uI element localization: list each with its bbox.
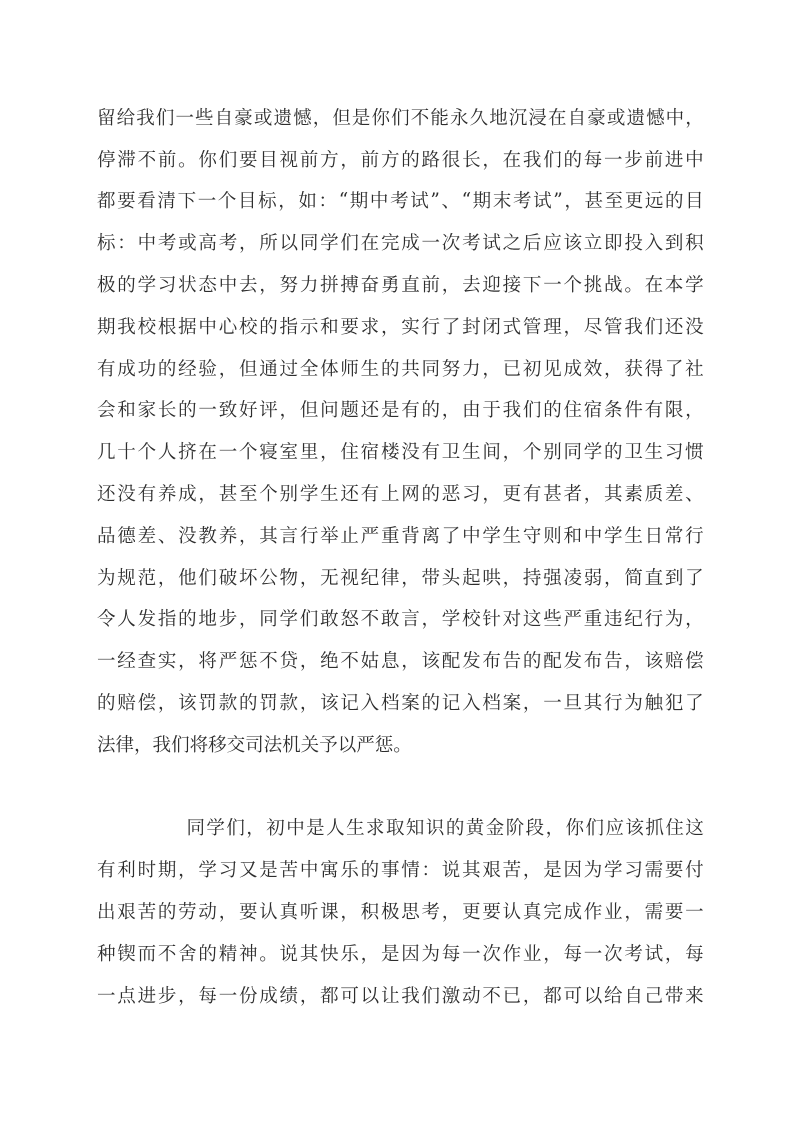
character: 拼 <box>320 271 339 297</box>
character: 视 <box>280 146 299 172</box>
text-line: 期我校根据中心校的指示和要求，实行了封闭式管理，尽管我们还没 <box>97 305 704 347</box>
character: ， <box>340 898 359 924</box>
character: 不 <box>411 104 430 130</box>
character: 没 <box>401 438 420 464</box>
character: ， <box>278 187 297 213</box>
character: 上 <box>381 480 400 506</box>
character: 或 <box>254 104 273 130</box>
character: 效 <box>584 355 603 381</box>
character: 同 <box>300 229 319 255</box>
character: 憾 <box>293 104 312 130</box>
character: 在 <box>548 104 567 130</box>
character: ， <box>563 313 582 339</box>
character: 识 <box>426 814 445 840</box>
character: 了 <box>685 564 704 590</box>
character: 中 <box>138 229 157 255</box>
text-line: 留给我们一些自豪或遗憾，但是你们不能永久地沉浸在自豪或遗憾中， <box>97 96 704 138</box>
character: 完 <box>381 229 400 255</box>
character: 能 <box>430 104 449 130</box>
character: 立 <box>584 229 603 255</box>
character: 认 <box>259 898 278 924</box>
character: 的 <box>178 396 197 422</box>
character: 些 <box>543 605 562 631</box>
character: 要 <box>482 898 501 924</box>
character: 们 <box>645 313 664 339</box>
character: 纪 <box>624 605 643 631</box>
character: 家 <box>138 396 157 422</box>
character: 律 <box>116 731 135 757</box>
character: 极 <box>97 271 116 297</box>
character: 憾 <box>646 104 665 130</box>
character: 理 <box>543 313 562 339</box>
character: 考 <box>462 229 481 255</box>
character: ， <box>482 355 501 381</box>
character: 日 <box>645 522 664 548</box>
character: 生 <box>462 438 481 464</box>
character: 们 <box>422 982 441 1008</box>
character: 一 <box>219 982 238 1008</box>
character: 该 <box>320 689 339 715</box>
character: 旦 <box>563 689 582 715</box>
character: 留 <box>97 104 116 130</box>
character: 说 <box>280 940 299 966</box>
character: 件 <box>624 396 643 422</box>
character: 有 <box>138 480 157 506</box>
character: 思 <box>401 898 420 924</box>
character: ， <box>604 355 623 381</box>
character: 说 <box>442 856 461 882</box>
character: 示 <box>300 313 319 339</box>
character: 宿 <box>584 396 603 422</box>
character: 宿 <box>361 438 380 464</box>
character: 方 <box>381 146 400 172</box>
character: 款 <box>219 689 238 715</box>
character: 后 <box>523 229 542 255</box>
character: 所 <box>259 229 278 255</box>
character: 触 <box>645 689 664 715</box>
character: 校 <box>239 313 258 339</box>
character: 带 <box>665 982 684 1008</box>
character: 言 <box>401 605 420 631</box>
character: 发 <box>563 647 582 673</box>
character: 的 <box>523 647 542 673</box>
character: 间 <box>482 438 501 464</box>
character: 其 <box>462 856 481 882</box>
character: 即 <box>604 229 623 255</box>
character: ： <box>319 187 338 213</box>
character: 甚 <box>219 480 238 506</box>
character: ， <box>543 940 562 966</box>
character: 罚 <box>259 689 278 715</box>
character: 敢 <box>320 605 339 631</box>
character: 贷 <box>280 647 299 673</box>
character: 住 <box>563 396 582 422</box>
character: 遗 <box>273 104 292 130</box>
character: 的 <box>259 313 278 339</box>
character: 努 <box>280 271 299 297</box>
character: 在 <box>503 146 522 172</box>
character: 动 <box>198 898 217 924</box>
character: 还 <box>340 480 359 506</box>
character: 布 <box>584 647 603 673</box>
character: 课 <box>320 898 339 924</box>
text-line: 一点进步，每一份成绩，都可以让我们激动不已，都可以给自己带来 <box>97 974 704 1016</box>
character: ， <box>259 271 278 297</box>
character: 次 <box>604 940 623 966</box>
character: 个 <box>259 480 278 506</box>
character: 艰 <box>482 856 501 882</box>
character: 有 <box>401 396 420 422</box>
character: 会 <box>97 396 116 422</box>
character: 养 <box>219 522 238 548</box>
character: 接 <box>503 271 522 297</box>
character: 题 <box>340 396 359 422</box>
character: 或 <box>178 229 197 255</box>
character: 中 <box>370 187 389 213</box>
character: 。 <box>624 271 643 297</box>
character: 积 <box>685 229 704 255</box>
text-line: 几十个人挤在一个寝室里，住宿楼没有卫生间，个别同学的卫生习惯 <box>97 430 704 472</box>
character: 配 <box>442 647 461 673</box>
character: 见 <box>543 355 562 381</box>
character: 没 <box>178 522 197 548</box>
character: 永 <box>450 104 469 130</box>
character: 绝 <box>320 647 339 673</box>
character: 初 <box>523 355 542 381</box>
character: 生 <box>320 480 339 506</box>
character: 该 <box>625 814 644 840</box>
character: 将 <box>198 647 217 673</box>
character: ， <box>219 355 238 381</box>
character: 规 <box>117 564 136 590</box>
character: 背 <box>401 522 420 548</box>
character: ， <box>401 564 420 590</box>
character: ， <box>624 647 643 673</box>
character: 。 <box>178 146 197 172</box>
character: 中 <box>584 522 603 548</box>
character: “ <box>462 190 471 211</box>
character: 学 <box>584 438 603 464</box>
character: 不 <box>259 647 278 673</box>
character: 差 <box>665 480 684 506</box>
character: 简 <box>624 564 643 590</box>
character: 每 <box>685 940 704 966</box>
character: ， <box>503 438 522 464</box>
character: 乐 <box>340 856 359 882</box>
character: 有 <box>97 856 116 882</box>
character: 初 <box>266 814 285 840</box>
character: 成 <box>563 898 582 924</box>
character: 我 <box>153 731 172 757</box>
text-line: 标：中考或高考，所以同学们在完成一次考试之后应该立即投入到积 <box>97 221 704 263</box>
character: 让 <box>381 982 400 1008</box>
character: 素 <box>624 480 643 506</box>
character: 期 <box>473 187 492 213</box>
character: 范 <box>138 564 157 590</box>
character: 校 <box>138 313 157 339</box>
character: 步 <box>158 982 177 1008</box>
character: 因 <box>401 940 420 966</box>
character: 其 <box>259 522 278 548</box>
character: 停 <box>97 146 116 172</box>
character: 要 <box>117 187 136 213</box>
character: 持 <box>523 564 542 590</box>
character: 其 <box>300 940 319 966</box>
character: ， <box>219 898 238 924</box>
character: 视 <box>340 564 359 590</box>
character: ， <box>158 689 177 715</box>
character: 要 <box>665 856 684 882</box>
character: 入 <box>361 689 380 715</box>
character: 考 <box>158 229 177 255</box>
character: 个 <box>218 187 237 213</box>
character: 以 <box>338 731 357 757</box>
character: 试 <box>482 229 501 255</box>
character: 犯 <box>665 689 684 715</box>
character: 给 <box>117 104 136 130</box>
character: ， <box>280 396 299 422</box>
character: ， <box>178 647 197 673</box>
character: 布 <box>482 647 501 673</box>
character: 不 <box>158 940 177 966</box>
character: 前 <box>645 146 664 172</box>
character: 的 <box>422 396 441 422</box>
character: 要 <box>665 898 684 924</box>
character: 去 <box>462 271 481 297</box>
character: 前 <box>300 146 319 172</box>
character: 中 <box>666 104 685 130</box>
character: 发 <box>462 647 481 673</box>
character: 令 <box>97 605 116 631</box>
character: 们 <box>156 104 175 130</box>
character: 破 <box>219 564 238 590</box>
character: 给 <box>604 982 623 1008</box>
text-line: 的赔偿，该罚款的罚款，该记入档案的记入档案，一旦其行为触犯了 <box>97 681 704 723</box>
character: 问 <box>320 396 339 422</box>
character: 阶 <box>506 814 525 840</box>
character: 里 <box>300 438 319 464</box>
character: 成 <box>563 355 582 381</box>
character: ， <box>523 689 542 715</box>
character: 为 <box>624 689 643 715</box>
character: 的 <box>604 438 623 464</box>
character: 条 <box>604 396 623 422</box>
character: 了 <box>685 689 704 715</box>
character: 完 <box>543 898 562 924</box>
character: 告 <box>503 647 522 673</box>
character: 根 <box>158 313 177 339</box>
character: 个 <box>523 438 542 464</box>
character: 记 <box>340 689 359 715</box>
character: “ <box>339 190 348 211</box>
character: 教 <box>198 522 217 548</box>
character: 其 <box>584 689 603 715</box>
character: 生 <box>645 438 664 464</box>
character: 劳 <box>178 898 197 924</box>
character: 有 <box>361 480 380 506</box>
character: 已 <box>503 355 522 381</box>
character: 举 <box>320 522 339 548</box>
character: 我 <box>117 313 136 339</box>
character: 是 <box>352 104 371 130</box>
character: 为 <box>584 856 603 882</box>
character: 没 <box>685 313 704 339</box>
character: 行 <box>422 313 441 339</box>
character: 有 <box>97 355 116 381</box>
character: ， <box>239 229 258 255</box>
text-line: 种锲而不舍的精神。说其快乐，是因为每一次作业，每一次考试，每 <box>97 932 704 974</box>
character: 中 <box>198 313 217 339</box>
character: 有 <box>523 480 542 506</box>
text-line: 品德差、没教养，其言行举止严重背离了中学生守则和中学生日常行 <box>97 514 704 556</box>
character: 挤 <box>178 438 197 464</box>
character: 听 <box>300 898 319 924</box>
character: 严 <box>219 647 238 673</box>
character: 式 <box>503 313 522 339</box>
character: 寝 <box>259 438 278 464</box>
character: ： <box>117 229 136 255</box>
character: 豪 <box>234 104 253 130</box>
character: 苦 <box>138 898 157 924</box>
character: 由 <box>462 396 481 422</box>
character: 远 <box>645 187 664 213</box>
character: ， <box>604 564 623 590</box>
character: 但 <box>332 104 351 130</box>
character: 久 <box>470 104 489 130</box>
character: 养 <box>158 480 177 506</box>
character: 你 <box>198 146 217 172</box>
character: 前 <box>422 271 441 297</box>
character: 闭 <box>482 313 501 339</box>
character: 一 <box>175 104 194 130</box>
character: ， <box>685 396 704 422</box>
character: 和 <box>117 396 136 422</box>
character: 入 <box>462 689 481 715</box>
character: 成 <box>401 229 420 255</box>
character: 予 <box>319 731 338 757</box>
character: ， <box>442 396 461 422</box>
character: 、 <box>158 522 177 548</box>
character: 试 <box>410 187 429 213</box>
character: 惩 <box>375 731 394 757</box>
character: 、 <box>685 480 704 506</box>
character: 以 <box>280 229 299 255</box>
character: 行 <box>604 689 623 715</box>
character: 进 <box>665 146 684 172</box>
character: 我 <box>136 104 155 130</box>
character: 又 <box>239 856 258 882</box>
character: ， <box>239 605 258 631</box>
character: 勇 <box>381 271 400 297</box>
character: 全 <box>300 355 319 381</box>
character: 的 <box>401 146 420 172</box>
character: 要 <box>340 313 359 339</box>
character: 不 <box>340 647 359 673</box>
character: 我 <box>401 982 420 1008</box>
character: 一 <box>685 898 704 924</box>
character: 中 <box>300 856 319 882</box>
character: 机 <box>282 731 301 757</box>
character: 指 <box>280 313 299 339</box>
character: 人 <box>117 605 136 631</box>
character: 事 <box>381 856 400 882</box>
paragraph-gap <box>97 765 704 807</box>
character: ， <box>482 146 501 172</box>
character: 要 <box>239 146 258 172</box>
character: ， <box>422 605 441 631</box>
document-body: 留给我们一些自豪或遗憾，但是你们不能永久地沉浸在自豪或遗憾中，停滞不前。你们要目… <box>97 96 704 1016</box>
character: 司 <box>245 731 264 757</box>
character: 几 <box>97 438 116 464</box>
character: 沉 <box>509 104 528 130</box>
character: ： <box>422 856 441 882</box>
character: 姑 <box>361 647 380 673</box>
character: 段 <box>526 814 545 840</box>
character: 卫 <box>624 438 643 464</box>
character: 考 <box>390 187 409 213</box>
character: 坏 <box>239 564 258 590</box>
character: 都 <box>543 982 562 1008</box>
character: 标 <box>258 187 277 213</box>
character: 在 <box>361 229 380 255</box>
character: 习 <box>158 271 177 297</box>
character: 严 <box>563 605 582 631</box>
character: 们 <box>340 229 359 255</box>
character: ， <box>313 104 332 130</box>
character: 偿 <box>685 647 704 673</box>
character: 楼 <box>381 438 400 464</box>
character: 学 <box>604 856 623 882</box>
character: 学 <box>280 605 299 631</box>
character: 学 <box>442 605 461 631</box>
character: 业 <box>604 898 623 924</box>
character: 期 <box>350 187 369 213</box>
character: 移 <box>208 731 227 757</box>
text-line: 极的学习状态中去，努力拼搏奋勇直前，去迎接下一个挑战。在本学 <box>97 263 704 305</box>
character: 己 <box>645 982 664 1008</box>
character: 求 <box>361 313 380 339</box>
character: 寓 <box>320 856 339 882</box>
character: 。 <box>393 731 412 757</box>
character: 行 <box>300 522 319 548</box>
character: 力 <box>300 271 319 297</box>
character: 学 <box>320 229 339 255</box>
character: 路 <box>422 146 441 172</box>
character: 次 <box>442 229 461 255</box>
character: 严 <box>356 731 375 757</box>
character: 偿 <box>138 689 157 715</box>
character: ， <box>198 480 217 506</box>
character: 弱 <box>584 564 603 590</box>
character: 下 <box>178 187 197 213</box>
character: 同 <box>563 438 582 464</box>
character: 入 <box>645 229 664 255</box>
character: 的 <box>158 898 177 924</box>
character: 言 <box>280 522 299 548</box>
character: 封 <box>462 313 481 339</box>
character: 绩 <box>280 982 299 1008</box>
character: ， <box>381 313 400 339</box>
character: 目 <box>259 146 278 172</box>
character: 们 <box>198 564 217 590</box>
character: 个 <box>138 438 157 464</box>
character: 住 <box>340 438 359 464</box>
character: 力 <box>462 355 481 381</box>
character: 以 <box>361 982 380 1008</box>
character: 十 <box>117 438 136 464</box>
character: 纪 <box>361 564 380 590</box>
character: 种 <box>97 940 116 966</box>
